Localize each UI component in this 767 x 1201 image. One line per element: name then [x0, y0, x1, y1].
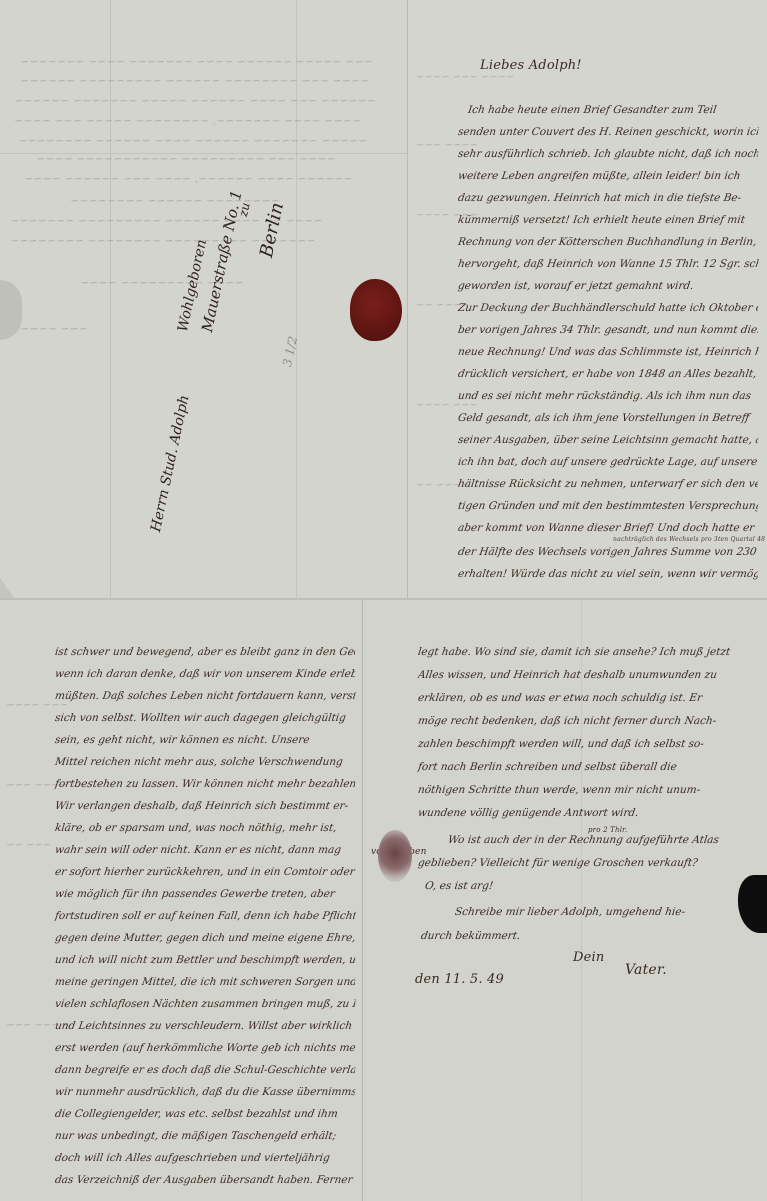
ink-stain: [378, 830, 412, 882]
text-line: fortbestehen zu lassen. Wir können nicht…: [54, 778, 356, 790]
text-line: aber kommt von Wanne dieser Brief! Und d…: [457, 522, 759, 534]
text-line: und Leichtsinnes zu verschleudern. Wills…: [54, 1020, 356, 1032]
text-line: wir nunmehr ausdrücklich, daß du die Kas…: [54, 1086, 356, 1098]
text-line: das Verzeichniß der Ausgaben übersandt h…: [54, 1174, 356, 1186]
address-line: Herrn Stud. Adolph: [148, 394, 193, 534]
text-line: hervorgeht, daß Heinrich von Wanne 15 Th…: [457, 258, 759, 270]
text-line: ich ihn bat, doch auf unsere gedrückte L…: [457, 456, 759, 468]
text-line: sehr ausführlich schrieb. Ich glaubte ni…: [457, 148, 759, 160]
margin-note: nachträglich des Wechsels pro 3ten Quart…: [613, 536, 765, 543]
closing: Dein: [573, 950, 604, 965]
letter-page-3: legt habe. Wo sind sie, damit ich sie an…: [362, 598, 767, 1201]
text-line: kläre, ob er sparsam und, was noch nöthi…: [54, 822, 356, 834]
signature: Vater.: [625, 962, 667, 978]
text-line: erklären, ob es und was er etwa noch sch…: [417, 692, 749, 704]
text-line: wenn ich daran denke, daß wir von unsere…: [54, 668, 356, 680]
bleed-through-text: ~~~ ~~~~~ ~~~~~~ ~~~~ ~~~~~~~ ~~~~ ~~~~~…: [20, 55, 373, 68]
text-line: durch bekümmert.: [420, 930, 622, 942]
fold-line: [296, 0, 297, 598]
bleed-through-text: ~~~ ~~: [6, 840, 51, 851]
bleed-through-text: ~~~~~ ~~~~~~~ ~~~~~~ ~~~~ ~~~~~~ ~~~~~~~…: [18, 134, 367, 147]
text-line: wundene völlig genügende Antwort wird.: [417, 807, 749, 819]
text-line: die Collegiengelder, was etc. selbst bez…: [54, 1108, 356, 1120]
fold-line: [581, 600, 582, 1201]
text-line: sein, es geht nicht, wir können es nicht…: [54, 734, 356, 746]
text-line: weitere Leben angreifen müßte, allein le…: [457, 170, 759, 182]
bleed-through-text: ~~~~~~ ~~~ ~~~~ ~~~~~~ ~~~~~ ~~~~~~~ ~~~…: [14, 94, 376, 107]
text-line: kümmerniß versetzt! Ich erhielt heute ei…: [457, 214, 759, 226]
text-line: der Hälfte des Wechsels vorigen Jahres S…: [457, 546, 759, 558]
address-line: Berlin: [256, 201, 288, 260]
text-line: fort nach Berlin schreiben und selbst üb…: [417, 761, 749, 773]
text-line: Wir verlangen deshalb, daß Heinrich sich…: [54, 800, 356, 812]
text-line: Zur Deckung der Buchhändlerschuld hatte …: [457, 302, 759, 314]
text-line: Wo ist auch der in der Rechnung aufgefüh…: [447, 834, 754, 846]
insertion-note: pro 2 Thlr.: [588, 826, 627, 834]
text-line: ber vorigen Jahres 34 Thlr. gesandt, und…: [457, 324, 759, 336]
text-line: Alles wissen, und Heinrich hat deshalb u…: [417, 669, 749, 681]
text-line: geblieben? Vielleicht für wenige Grosche…: [417, 857, 754, 869]
letter-cover-page: ~~~ ~~~~~ ~~~~~~ ~~~~ ~~~~~~~ ~~~~ ~~~~~…: [0, 0, 407, 598]
bleed-through-text: ~~~~~~ ~~~~ ~~~~~~, ~~~~ ~~~ ~~~~~~ ~~~~: [24, 172, 353, 185]
text-line: drücklich versichert, er habe von 1848 a…: [457, 368, 759, 380]
text-line: möge recht bedenken, daß ich nicht ferne…: [417, 715, 749, 727]
text-line: sich von selbst. Wollten wir auch dagege…: [54, 712, 356, 724]
letter-page-1: ~~~~ ~~~ ~~~~ ~~~~ ~~~ ~~~ ~~~~ ~~~~ ~~ …: [407, 0, 767, 598]
letter-date: den 11. 5. 49: [415, 972, 504, 987]
text-line: tigen Gründen und mit den bestimmtesten …: [457, 500, 759, 512]
wax-seal: [350, 279, 402, 341]
address-line: zu: [236, 201, 253, 218]
text-line: wie möglich für ihn passendes Gewerbe tr…: [54, 888, 356, 900]
text-line: geworden ist, worauf er jetzt gemahnt wi…: [457, 280, 759, 292]
text-line: fortstudiren soll er auf keinen Fall, de…: [54, 910, 356, 922]
text-line: und ich will nicht zum Bettler und besch…: [54, 954, 356, 966]
text-line: nöthigen Schritte thun werde, wenn mir n…: [417, 784, 749, 796]
text-line: doch will ich Alles aufgeschrieben und v…: [54, 1152, 356, 1164]
text-line: nur was unbedingt, die mäßigen Taschenge…: [54, 1130, 356, 1142]
text-line: müßten. Daß solches Leben nicht fortdaue…: [54, 690, 356, 702]
bleed-through-text: ~~~~ ~~~ ~~~~~~~~ ~~~~~~ ~~~~~~~~~ ~~~~~…: [20, 74, 369, 87]
text-line: erst werden (auf herkömmliche Worte geb …: [54, 1042, 356, 1054]
bleed-through-text: ~~~~ ~~~~ ~~~~~~~, ~~~~~~~~ ~~~~~ ~~~ ~~…: [14, 114, 361, 127]
text-line: Schreibe mir lieber Adolph, umgehend hie…: [454, 906, 756, 918]
bleed-through-text: ~~~~ ~~~ ~~~~: [416, 72, 515, 83]
text-line: erhalten! Würde das nicht zu viel sein, …: [457, 568, 759, 580]
letter-greeting: Liebes Adolph!: [480, 58, 582, 73]
text-line: Mittel reichen nicht mehr aus, solche Ve…: [54, 756, 356, 768]
bleed-through-text: ~~~ ~~~~: [20, 322, 88, 335]
text-line: senden unter Couvert des H. Reinen gesch…: [457, 126, 759, 138]
text-line: hältnisse Rücksicht zu nehmen, unterwarf…: [457, 478, 759, 490]
postal-mark: 3 1/2: [280, 335, 300, 368]
text-line: gegen deine Mutter, gegen dich und meine…: [54, 932, 356, 944]
paper-corner: [0, 578, 14, 598]
text-line: Rechnung von der Kötterschen Buchhandlun…: [457, 236, 759, 248]
fold-line: [110, 0, 111, 598]
bleed-through-text: ~~~~ ~~~ ~~~~~~~~~ ~~~~~~~~~~~ ~~~~: [36, 152, 336, 165]
paper-tab: [0, 280, 22, 340]
text-line: dazu gezwungen. Heinrich hat mich in die…: [457, 192, 759, 204]
text-line: und es sei nicht mehr rückständig. Als i…: [457, 390, 759, 402]
text-line: vielen schlaflosen Nächten zusammen brin…: [54, 998, 356, 1010]
text-line: meine geringen Mittel, die ich mit schwe…: [54, 976, 356, 988]
letter-page-2: ~~~ ~~~~ ~~~~ ~~~ ~~~ ~~ ~~~~ ~~~ ist sc…: [0, 598, 362, 1201]
text-line: dann begreife er es doch daß die Schul-G…: [54, 1064, 356, 1076]
text-line: seiner Ausgaben, über seine Leichtsinn g…: [457, 434, 759, 446]
text-line: Geld gesandt, als ich ihm jene Vorstellu…: [457, 412, 759, 424]
text-line: zahlen beschimpft werden will, und daß i…: [417, 738, 749, 750]
text-line: Ich habe heute einen Brief Gesandter zum…: [467, 104, 759, 116]
text-line: O, es ist arg!: [424, 880, 626, 892]
text-line: neue Rechnung! Und was das Schlimmste is…: [457, 346, 759, 358]
text-line: legt habe. Wo sind sie, damit ich sie an…: [417, 646, 749, 658]
text-line: er sofort hierher zurückkehren, und in e…: [54, 866, 356, 878]
text-line: ist schwer und bewegend, aber es bleibt …: [54, 646, 356, 658]
text-line: wahr sein will oder nicht. Kann er es ni…: [54, 844, 356, 856]
